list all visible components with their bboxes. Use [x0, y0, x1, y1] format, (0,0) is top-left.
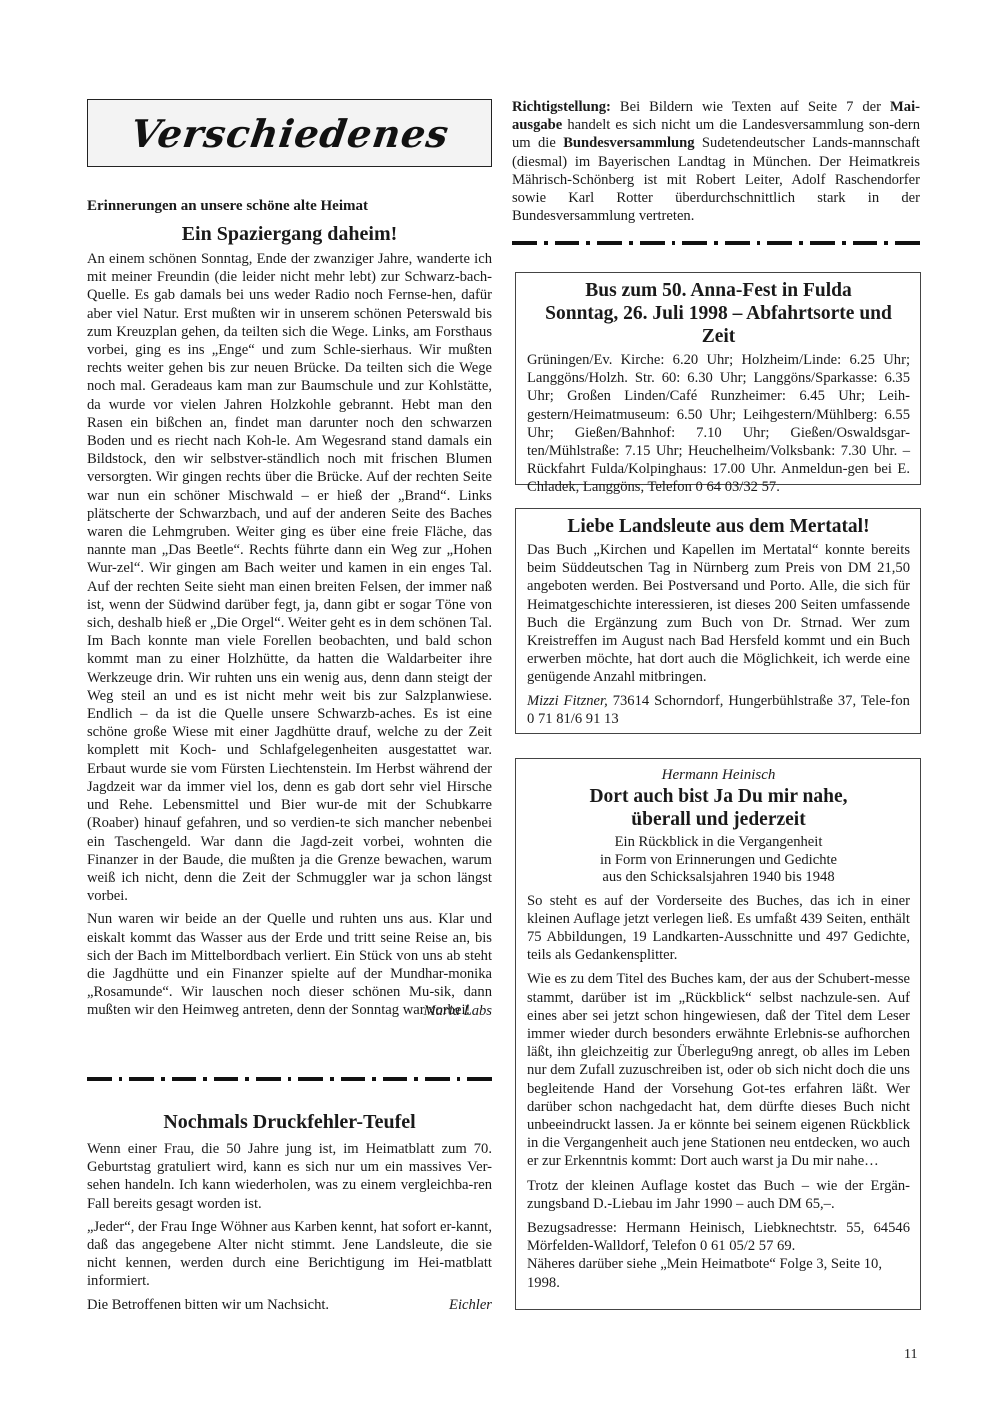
article-paragraph: „Jeder“, der Frau Inge Wöhner aus Karben…: [87, 1218, 492, 1291]
bus-schedule: Grüningen/Ev. Kirche: 6.20 Uhr; Holzheim…: [527, 351, 910, 497]
bus-notice-box: Bus zum 50. Anna-Fest in Fulda Sonntag, …: [515, 272, 921, 485]
article-title: Ein Spaziergang daheim!: [87, 222, 492, 246]
book-title: überall und jederzeit: [527, 808, 910, 831]
mertatal-title: Liebe Landsleute aus dem Mertatal!: [527, 515, 910, 538]
article-druckfehler: Nochmals Druckfehler-Teufel Wenn einer F…: [87, 1110, 492, 1314]
book-paragraph: Trotz der kleinen Auflage kostet das Buc…: [527, 1177, 910, 1213]
article-spaziergang: Ein Spaziergang daheim! An einem schönen…: [87, 222, 492, 1020]
book-subtitle: in Form von Erinnerungen und Gedichte: [527, 852, 910, 870]
article-kicker: Erinnerungen an unsere schöne alte Heima…: [87, 198, 492, 215]
mertatal-text: Das Buch „Kirchen und Kapellen im Mertat…: [527, 541, 910, 687]
correction-notice: Richtigstellung: Bei Bildern wie Texten …: [512, 98, 920, 225]
book-subtitle: aus den Schicksalsjahren 1940 bis 1948: [527, 869, 910, 887]
dash-dot-divider: [87, 1077, 492, 1081]
article-signature: Eichler: [449, 1296, 492, 1314]
article-signature: Maria Labs: [423, 1003, 492, 1019]
article-paragraph: Die Betroffenen bitten wir um Nachsicht.…: [87, 1296, 492, 1314]
section-title: Verschiedenes: [127, 111, 451, 156]
section-masthead: Verschiedenes: [87, 99, 492, 167]
bus-title: Bus zum 50. Anna-Fest in Fulda: [527, 279, 910, 302]
article-paragraph: An einem schönen Sonntag, Ende der zwanz…: [87, 250, 492, 905]
book-author: Hermann Heinisch: [527, 765, 910, 785]
book-reference: Näheres darüber siehe „Mein Heimatbote“ …: [527, 1255, 910, 1291]
mertatal-notice-box: Liebe Landsleute aus dem Mertatal! Das B…: [515, 508, 921, 734]
book-notice-box: Hermann Heinisch Dort auch bist Ja Du mi…: [515, 758, 921, 1310]
article-title: Nochmals Druckfehler-Teufel: [87, 1110, 492, 1134]
book-paragraph: So steht es auf der Vorderseite des Buch…: [527, 892, 910, 965]
article-paragraph: Wenn einer Frau, die 50 Jahre jung ist, …: [87, 1140, 492, 1213]
book-title: Dort auch bist Ja Du mir nahe,: [527, 785, 910, 808]
book-paragraph: Wie es zu dem Titel des Buches kam, der …: [527, 970, 910, 1170]
correction-label: Richtigstellung:: [512, 99, 611, 115]
bus-subtitle: Sonntag, 26. Juli 1998 – Abfahrtsorte un…: [527, 302, 910, 348]
book-subtitle: Ein Rückblick in die Vergangenheit: [527, 834, 910, 852]
page-number: 11: [904, 1347, 917, 1363]
book-address: Bezugsadresse: Hermann Heinisch, Liebkne…: [527, 1219, 910, 1255]
dash-dot-divider: [512, 241, 920, 245]
mertatal-contact: Mizzi Fitzner, 73614 Schorndorf, Hungerb…: [527, 692, 910, 728]
